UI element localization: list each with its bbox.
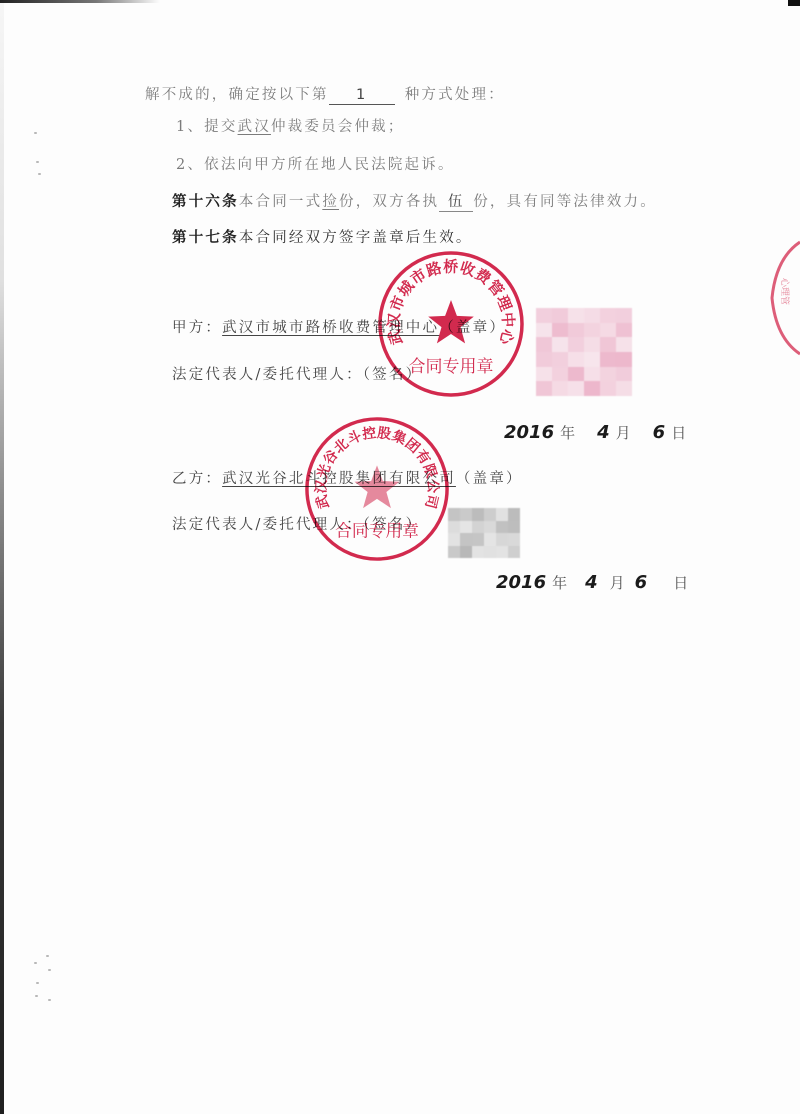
dispute-clause-line: 解不成的，确定按以下第1种方式处理： [145,86,505,105]
option-text: 仲裁委员会仲裁； [271,119,405,135]
partial-seal-edge: 心理管 [768,238,800,358]
article-16-label: 第十六条 [172,193,239,210]
scan-corner-mark [788,0,800,6]
date-month-unit: 月 [610,574,625,592]
party-a-label: 甲方： [172,320,222,336]
option-text: 提交 [204,119,237,135]
party-b-rep-label: 法定代表人/委托代理人：（签名） [172,517,422,533]
redacted-signature-party-a [536,308,632,396]
party-a-representative: 法定代表人/委托代理人：（签名） [172,366,422,384]
article-16: 第十六条本合同一式捡份，双方各执伍份，具有同等法律效力。 [172,193,657,212]
scan-speck [36,161,39,163]
article-17-text: 本合同经双方签字盖章后生效。 [239,230,473,246]
redacted-signature-party-b [448,508,520,558]
date-year-unit: 年 [560,424,575,442]
scan-speck [34,132,37,134]
date-month: 4 [597,422,610,443]
article-17-label: 第十七条 [172,229,239,246]
date-year-unit: 年 [552,574,567,592]
scan-speck [34,962,37,964]
option-number: 2、 [176,157,204,173]
date-day-unit: 日 [673,574,688,592]
party-b-representative: 法定代表人/委托代理人：（签名） [172,516,422,534]
party-a-rep-label: 法定代表人/委托代理人：（签名） [172,367,422,383]
option-filled-blank: 武汉 [238,119,271,135]
copies-each: 伍 [439,193,473,212]
date-month: 4 [585,572,598,593]
scan-edge-left [0,0,4,1114]
scan-speck [36,982,39,984]
option-2: 2、依法向甲方所在地人民法院起诉。 [176,156,455,174]
option-number: 1、 [176,119,204,135]
option-1: 1、提交武汉仲裁委员会仲裁； [176,118,405,136]
scan-speck [38,173,41,175]
svg-text:武汉光谷北斗控股集团有限公司: 武汉光谷北斗控股集团有限公司 [313,424,441,511]
article-16-text: 份，双方各执 [339,194,439,210]
clause-suffix: 种方式处理： [405,87,505,103]
svg-text:心理管: 心理管 [779,278,791,305]
party-b-label: 乙方： [172,471,222,487]
scan-speck [46,955,49,957]
document-page: 解不成的，确定按以下第1种方式处理： 1、提交武汉仲裁委员会仲裁； 2、依法向甲… [0,0,800,1114]
date-year: 2016 [504,422,554,443]
date-day: 6 [653,422,666,443]
scan-speck [48,999,51,1001]
scan-speck [48,969,51,971]
party-b-date: 2016年4月6日 [490,572,688,593]
option-text: 依法向甲方所在地人民法院起诉。 [204,157,455,173]
article-17: 第十七条本合同经双方签字盖章后生效。 [172,229,473,247]
party-b-contract-seal: 武汉光谷北斗控股集团有限公司 合同专用章 [302,414,452,564]
clause-prefix: 解不成的，确定按以下第 [145,87,329,103]
seal-ring-text: 武汉光谷北斗控股集团有限公司 [313,424,441,511]
party-b-seal-note: （盖章） [456,471,523,487]
date-year: 2016 [496,572,546,593]
party-a-date: 2016年4月6日 [498,422,686,443]
party-b-line: 乙方：武汉光谷北斗控股集团有限公司（盖章） [172,470,523,488]
party-a-name: 武汉市城市路桥收费管理中心 [222,320,439,336]
scan-edge-top [0,0,160,3]
date-month-unit: 月 [616,424,631,442]
date-day: 6 [635,572,648,593]
clause-choice-blank: 1 [329,86,395,105]
party-a-line: 甲方：武汉市城市路桥收费管理中心（盖章） [172,319,506,337]
party-a-seal-note: （盖章） [439,320,506,336]
scan-speck [35,995,38,997]
date-day-unit: 日 [671,424,686,442]
copies-total: 捡 [322,194,339,210]
article-16-text: 本合同一式 [239,194,323,210]
party-b-name: 武汉光谷北斗控股集团有限公司 [222,471,456,487]
article-16-text: 份，具有同等法律效力。 [473,194,657,210]
